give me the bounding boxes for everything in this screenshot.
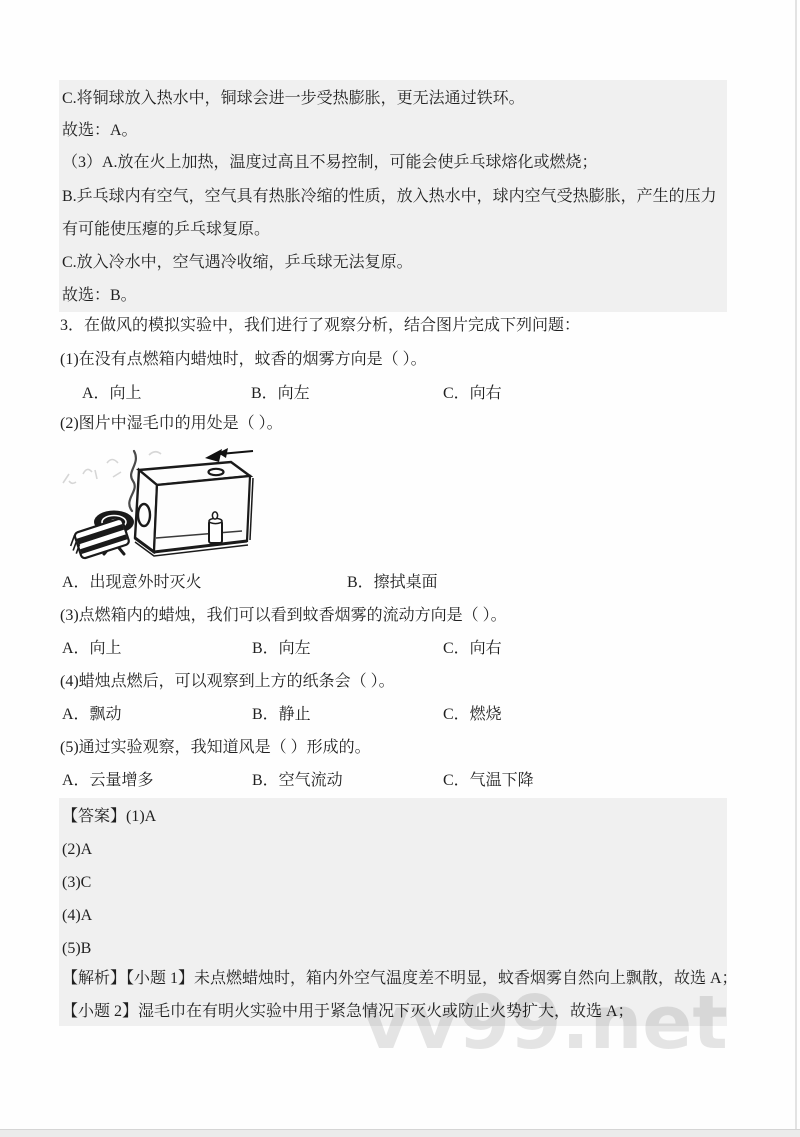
answer-line: (3)C [62,872,91,894]
answer-line: 【答案】(1)A [62,806,156,828]
option-a: A．向上 [62,638,122,660]
smoke-icon [129,451,136,511]
sub-question-1: (1)在没有点燃箱内蜡烛时，蚊香的烟雾方向是（ ）。 [60,349,427,371]
sub-question-3: (3)点燃箱内的蜡烛，我们可以看到蚊香烟雾的流动方向是（ ）。 [60,605,507,627]
option-a: A．出现意外时灭火 [62,572,202,594]
option-b: B．擦拭桌面 [347,572,438,594]
sub-question-5-options: A．云量增多 B．空气流动 C．气温下降 [0,770,800,792]
page-right-edge [795,0,797,1130]
document-page: C.将铜球放入热水中，铜球会进一步受热膨胀，更无法通过铁环。 故选：A。 （3）… [0,0,800,1137]
explanation-line: C.放入冷水中，空气遇冷收缩，乒乓球无法复原。 [62,252,413,274]
option-c: C．向右 [443,383,502,405]
sub-question-2: (2)图片中湿毛巾的用处是（ ）。 [60,413,283,435]
page-bottom-separator [0,1129,800,1137]
answer-line: (2)A [62,839,92,861]
sub-question-2-options: A．出现意外时灭火 B．擦拭桌面 [0,572,800,594]
option-b: B．静止 [252,704,311,726]
explanation-line: （3）A.放在火上加热，温度过高且不易控制，可能会使乒乓球熔化或燃烧； [62,152,598,174]
option-a: A．云量增多 [62,770,154,792]
answer-line: (5)B [62,938,91,960]
option-a: A．飘动 [62,704,122,726]
paper-strip-icon [205,448,253,462]
wet-towel-icon [67,518,130,561]
explanation-line: C.将铜球放入热水中，铜球会进一步受热膨胀，更无法通过铁环。 [62,88,525,110]
option-b: B．空气流动 [252,770,343,792]
question-3-stem: 3．在做风的模拟实验中，我们进行了观察分析，结合图片完成下列问题： [60,315,580,337]
explanation-line: 故选：B。 [62,285,137,307]
sub-question-3-options: A．向上 B．向左 C．向右 [0,638,800,660]
answer-line: (4)A [62,905,92,927]
explanation-line: 故选：A。 [62,120,138,142]
explanation-line: 有可能使压瘪的乒乓球复原。 [62,219,270,241]
sub-question-4-options: A．飘动 B．静止 C．燃烧 [0,704,800,726]
option-c: C．向右 [443,638,502,660]
explanation-line: B.乒乓球内有空气，空气具有热胀冷缩的性质，放入热水中，球内空气受热膨胀，产生的… [62,186,717,208]
option-c: C．气温下降 [443,770,534,792]
site-watermark: vv99.net [362,986,728,1060]
sub-question-5: (5)通过实验观察，我知道风是（ ）形成的。 [60,737,371,759]
sub-question-1-options: A．向上 B．向左 C．向右 [0,383,800,405]
side-hole-icon [138,504,150,526]
option-c: C．燃烧 [443,704,502,726]
experiment-diagram [55,441,335,575]
sub-question-4: (4)蜡烛点燃后，可以观察到上方的纸条会（ ）。 [60,671,395,693]
option-b: B．向左 [252,638,311,660]
box-icon [135,462,253,556]
top-hole-icon [209,469,224,475]
option-b: B．向左 [251,383,310,405]
option-a: A．向上 [82,383,142,405]
